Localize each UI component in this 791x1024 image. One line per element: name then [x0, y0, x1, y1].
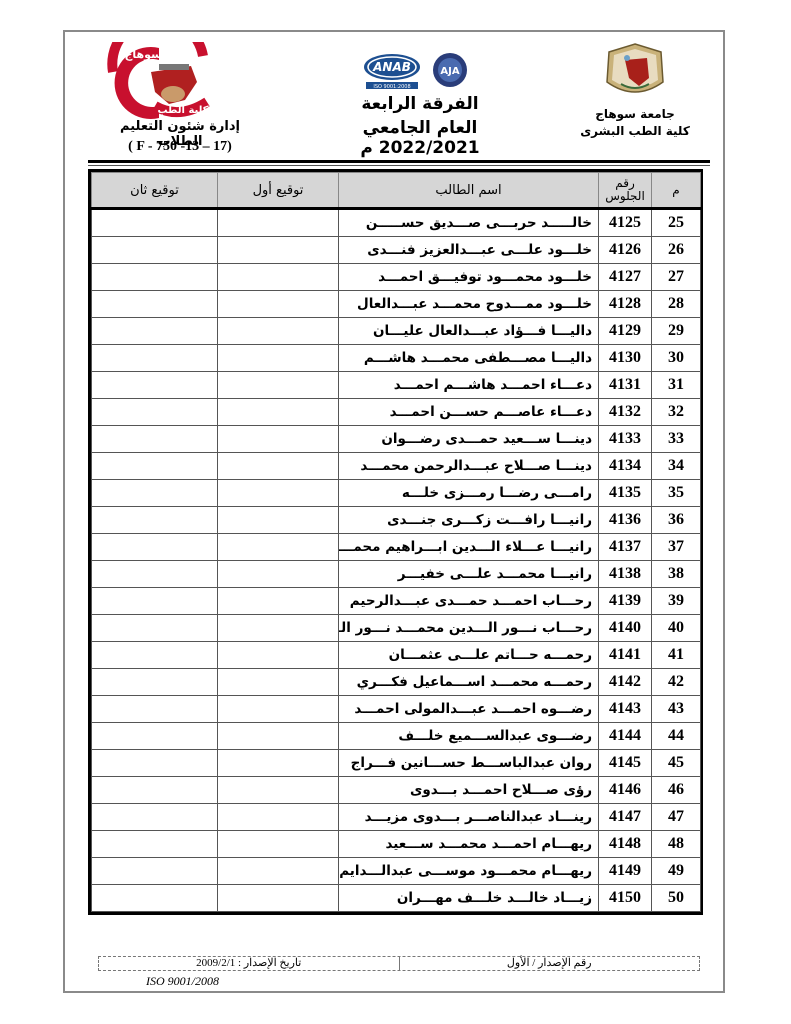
signature-2-cell[interactable] — [92, 831, 218, 858]
table-row: 374137رانيـــا عـــلاء الـــدين ابـــراه… — [92, 534, 701, 561]
table-row: 434143رضـــوه احمـــد عبـــدالمولى احمــ… — [92, 696, 701, 723]
row-index: 49 — [652, 858, 701, 885]
row-index: 44 — [652, 723, 701, 750]
svg-text:AJA: AJA — [440, 66, 459, 77]
table-row: 314131دعـــاء احمـــد هاشـــم احمـــد — [92, 372, 701, 399]
row-index: 33 — [652, 426, 701, 453]
signature-2-cell[interactable] — [92, 345, 218, 372]
issue-number: رقم الإصدار / الأول — [400, 957, 700, 970]
table-row: 404140رحـــاب نـــور الـــدين محمـــد نـ… — [92, 615, 701, 642]
seat-number: 4132 — [599, 399, 652, 426]
student-name: رينـــاد عبدالناصـــر بـــدوى مزيـــد — [339, 804, 599, 831]
seat-number: 4134 — [599, 453, 652, 480]
signature-1-cell[interactable] — [218, 642, 339, 669]
signature-2-cell[interactable] — [92, 209, 218, 237]
signature-1-cell[interactable] — [218, 561, 339, 588]
table-row: 444144رضـــوى عبدالســـميع خلـــف — [92, 723, 701, 750]
row-index: 30 — [652, 345, 701, 372]
student-name: رانيـــا عـــلاء الـــدين ابـــراهيم محم… — [339, 534, 599, 561]
student-name: ريهـــام احمـــد محمـــد ســـعيد — [339, 831, 599, 858]
signature-1-cell[interactable] — [218, 777, 339, 804]
form-code: ( F - 750 -13 – 17) — [105, 139, 255, 155]
anab-logo-icon: ANAB ISO 9001:2008 — [364, 54, 420, 90]
row-index: 48 — [652, 831, 701, 858]
student-name: دعـــاء احمـــد هاشـــم احمـــد — [339, 372, 599, 399]
table-row: 264126خلـــود علـــى عبـــدالعزيز فنـــد… — [92, 237, 701, 264]
svg-text:ISO 9001:2008: ISO 9001:2008 — [373, 84, 410, 90]
seat-number: 4135 — [599, 480, 652, 507]
seat-number: 4146 — [599, 777, 652, 804]
seat-number: 4142 — [599, 669, 652, 696]
signature-1-cell[interactable] — [218, 372, 339, 399]
signature-2-cell[interactable] — [92, 777, 218, 804]
table-header-row: م رقم الجلوس اسم الطالب توقيع أول توقيع … — [92, 173, 701, 209]
svg-text:ANAB: ANAB — [372, 60, 411, 74]
seat-number: 4144 — [599, 723, 652, 750]
student-name: دينـــا ســـعيد حمـــدى رضـــوان — [339, 426, 599, 453]
signature-1-cell[interactable] — [218, 534, 339, 561]
signature-2-cell[interactable] — [92, 237, 218, 264]
row-index: 36 — [652, 507, 701, 534]
signature-1-cell[interactable] — [218, 237, 339, 264]
row-index: 28 — [652, 291, 701, 318]
seat-number: 4129 — [599, 318, 652, 345]
university-name: جامعة سوهاج — [580, 107, 690, 121]
document-footer: رقم الإصدار / الأول تاريخ الإصدار : 2009… — [98, 956, 700, 971]
header-divider — [88, 160, 710, 163]
seat-number: 4139 — [599, 588, 652, 615]
student-name: رحمـــه محمـــد اســـماعيل فكـــري — [339, 669, 599, 696]
signature-2-cell[interactable] — [92, 453, 218, 480]
signature-2-cell[interactable] — [92, 696, 218, 723]
signature-1-cell[interactable] — [218, 264, 339, 291]
col-header-signature-2: توقيع ثان — [92, 173, 218, 209]
table-row: 274127خلـــود محمـــود توفيـــق احمـــد — [92, 264, 701, 291]
student-name: رانيـــا رافـــت زكـــرى جنـــدى — [339, 507, 599, 534]
row-index: 35 — [652, 480, 701, 507]
seat-number: 4141 — [599, 642, 652, 669]
signature-2-cell[interactable] — [92, 588, 218, 615]
signature-1-cell[interactable] — [218, 723, 339, 750]
row-index: 34 — [652, 453, 701, 480]
seat-number: 4126 — [599, 237, 652, 264]
seat-number: 4127 — [599, 264, 652, 291]
row-index: 25 — [652, 209, 701, 237]
signature-1-cell[interactable] — [218, 669, 339, 696]
col-header-index: م — [652, 173, 701, 209]
seat-number: 4138 — [599, 561, 652, 588]
header-divider-thin — [88, 165, 710, 166]
row-index: 37 — [652, 534, 701, 561]
row-index: 41 — [652, 642, 701, 669]
student-name: رؤى صـــلاح احمـــد بـــدوى — [339, 777, 599, 804]
col-header-seat-number: رقم الجلوس — [599, 173, 652, 209]
signature-2-cell[interactable] — [92, 426, 218, 453]
student-name: خلـــود علـــى عبـــدالعزيز فنـــدى — [339, 237, 599, 264]
signature-2-cell[interactable] — [92, 318, 218, 345]
student-name: داليـــا فـــؤاد عبـــدالعال عليـــان — [339, 318, 599, 345]
student-name: ريهـــام محمـــود موســـى عبدالـــدايم — [339, 858, 599, 885]
signature-2-cell[interactable] — [92, 372, 218, 399]
student-name: خلـــود محمـــود توفيـــق احمـــد — [339, 264, 599, 291]
seat-number: 4148 — [599, 831, 652, 858]
aja-logo-icon: AJA — [433, 53, 467, 87]
table-row: 474147رينـــاد عبدالناصـــر بـــدوى مزيـ… — [92, 804, 701, 831]
signature-1-cell[interactable] — [218, 804, 339, 831]
table-row: 424142رحمـــه محمـــد اســـماعيل فكـــري — [92, 669, 701, 696]
student-name: زيـــاد خالـــد خلـــف مهـــران — [339, 885, 599, 912]
table-row: 344134دينـــا صـــلاح عبـــدالرحمن محمــ… — [92, 453, 701, 480]
signature-1-cell[interactable] — [218, 318, 339, 345]
student-name: دعـــاء عاصـــم حســـن احمـــد — [339, 399, 599, 426]
student-name: رحـــاب احمـــد حمـــدى عبـــدالرحيم — [339, 588, 599, 615]
seat-number: 4130 — [599, 345, 652, 372]
table-row: 354135رامـــى رضـــا رمـــزى خلـــه — [92, 480, 701, 507]
svg-text:كلية الطب: كلية الطب — [157, 105, 208, 116]
row-index: 50 — [652, 885, 701, 912]
table-row: 484148ريهـــام احمـــد محمـــد ســـعيد — [92, 831, 701, 858]
seat-number: 4150 — [599, 885, 652, 912]
signature-2-cell[interactable] — [92, 750, 218, 777]
row-index: 38 — [652, 561, 701, 588]
signature-2-cell[interactable] — [92, 561, 218, 588]
signature-2-cell[interactable] — [92, 399, 218, 426]
table-row: 494149ريهـــام محمـــود موســـى عبدالـــ… — [92, 858, 701, 885]
table-row: 254125خالـــــد حربـــى صـــديق حســـــن — [92, 209, 701, 237]
table-row: 334133دينـــا ســـعيد حمـــدى رضـــوان — [92, 426, 701, 453]
signature-1-cell[interactable] — [218, 399, 339, 426]
table-row: 394139رحـــاب احمـــد حمـــدى عبـــدالرح… — [92, 588, 701, 615]
seat-number: 4137 — [599, 534, 652, 561]
row-index: 32 — [652, 399, 701, 426]
signature-2-cell[interactable] — [92, 480, 218, 507]
attendance-table: م رقم الجلوس اسم الطالب توقيع أول توقيع … — [88, 169, 703, 915]
seat-number: 4131 — [599, 372, 652, 399]
signature-2-cell[interactable] — [92, 534, 218, 561]
seat-number: 4128 — [599, 291, 652, 318]
signature-1-cell[interactable] — [218, 750, 339, 777]
student-name: رانيـــا محمـــد علـــى خفيـــر — [339, 561, 599, 588]
student-name: رحـــاب نـــور الـــدين محمـــد نـــور ا… — [339, 615, 599, 642]
table-row: 504150زيـــاد خالـــد خلـــف مهـــران — [92, 885, 701, 912]
signature-1-cell[interactable] — [218, 858, 339, 885]
seat-number: 4147 — [599, 804, 652, 831]
row-index: 45 — [652, 750, 701, 777]
signature-1-cell[interactable] — [218, 345, 339, 372]
class-title: الفرقة الرابعة — [330, 94, 510, 114]
signature-1-cell[interactable] — [218, 885, 339, 912]
row-index: 43 — [652, 696, 701, 723]
seat-number: 4145 — [599, 750, 652, 777]
row-index: 31 — [652, 372, 701, 399]
student-name: خالـــــد حربـــى صـــديق حســـــن — [339, 209, 599, 237]
row-index: 39 — [652, 588, 701, 615]
signature-2-cell[interactable] — [92, 507, 218, 534]
table-row: 304130داليـــا مصـــطفى محمـــد هاشـــم — [92, 345, 701, 372]
col-header-signature-1: توقيع أول — [218, 173, 339, 209]
student-name: داليـــا مصـــطفى محمـــد هاشـــم — [339, 345, 599, 372]
svg-text:جامعة سوهاج: جامعة سوهاج — [125, 48, 198, 62]
table-row: 384138رانيـــا محمـــد علـــى خفيـــر — [92, 561, 701, 588]
row-index: 47 — [652, 804, 701, 831]
row-index: 42 — [652, 669, 701, 696]
seat-number: 4143 — [599, 696, 652, 723]
signature-1-cell[interactable] — [218, 453, 339, 480]
student-name: رحمـــه حـــاتم علـــى عثمـــان — [339, 642, 599, 669]
table-row: 364136رانيـــا رافـــت زكـــرى جنـــدى — [92, 507, 701, 534]
seat-number: 4125 — [599, 209, 652, 237]
col-header-student-name: اسم الطالب — [339, 173, 599, 209]
signature-2-cell[interactable] — [92, 291, 218, 318]
seat-number: 4140 — [599, 615, 652, 642]
signature-1-cell[interactable] — [218, 696, 339, 723]
signature-1-cell[interactable] — [218, 209, 339, 237]
signature-1-cell[interactable] — [218, 831, 339, 858]
seat-number: 4149 — [599, 858, 652, 885]
signature-1-cell[interactable] — [218, 615, 339, 642]
signature-2-cell[interactable] — [92, 669, 218, 696]
certification-logos: ANAB ISO 9001:2008 AJA — [362, 52, 478, 92]
signature-2-cell[interactable] — [92, 804, 218, 831]
row-index: 46 — [652, 777, 701, 804]
signature-2-cell[interactable] — [92, 615, 218, 642]
table-row: 294129داليـــا فـــؤاد عبـــدالعال عليــ… — [92, 318, 701, 345]
signature-2-cell[interactable] — [92, 264, 218, 291]
student-name: رضـــوه احمـــد عبـــدالمولى احمـــد — [339, 696, 599, 723]
seat-number: 4133 — [599, 426, 652, 453]
seat-number: 4136 — [599, 507, 652, 534]
student-name: رامـــى رضـــا رمـــزى خلـــه — [339, 480, 599, 507]
issue-date: تاريخ الإصدار : 2009/2/1 — [99, 957, 400, 970]
row-index: 26 — [652, 237, 701, 264]
faculty-name: كلية الطب البشرى — [580, 124, 690, 138]
row-index: 27 — [652, 264, 701, 291]
student-name: روان عبدالباســـط حســـانين فـــراج — [339, 750, 599, 777]
signature-1-cell[interactable] — [218, 480, 339, 507]
signature-2-cell[interactable] — [92, 885, 218, 912]
signature-2-cell[interactable] — [92, 858, 218, 885]
table-row: 284128خلـــود ممـــدوح محمـــد عبـــدالع… — [92, 291, 701, 318]
table-row: 464146رؤى صـــلاح احمـــد بـــدوى — [92, 777, 701, 804]
signature-2-cell[interactable] — [92, 723, 218, 750]
row-index: 40 — [652, 615, 701, 642]
student-name: خلـــود ممـــدوح محمـــد عبـــدالعال — [339, 291, 599, 318]
iso-standard: ISO 9001/2008 — [146, 974, 219, 989]
table-row: 324132دعـــاء عاصـــم حســـن احمـــد — [92, 399, 701, 426]
signature-1-cell[interactable] — [218, 291, 339, 318]
signature-1-cell[interactable] — [218, 588, 339, 615]
signature-1-cell[interactable] — [218, 507, 339, 534]
row-index: 29 — [652, 318, 701, 345]
signature-2-cell[interactable] — [92, 642, 218, 669]
academic-year: العام الجامعي 2022/2021 م — [310, 118, 530, 158]
student-name: رضـــوى عبدالســـميع خلـــف — [339, 723, 599, 750]
signature-1-cell[interactable] — [218, 426, 339, 453]
table-row: 454145روان عبدالباســـط حســـانين فـــرا… — [92, 750, 701, 777]
faculty-of-medicine-logo: جامعة سوهاج كلية الطب — [99, 42, 219, 120]
student-name: دينـــا صـــلاح عبـــدالرحمن محمـــد — [339, 453, 599, 480]
sohag-university-seal — [603, 42, 667, 100]
table-row: 414141رحمـــه حـــاتم علـــى عثمـــان — [92, 642, 701, 669]
